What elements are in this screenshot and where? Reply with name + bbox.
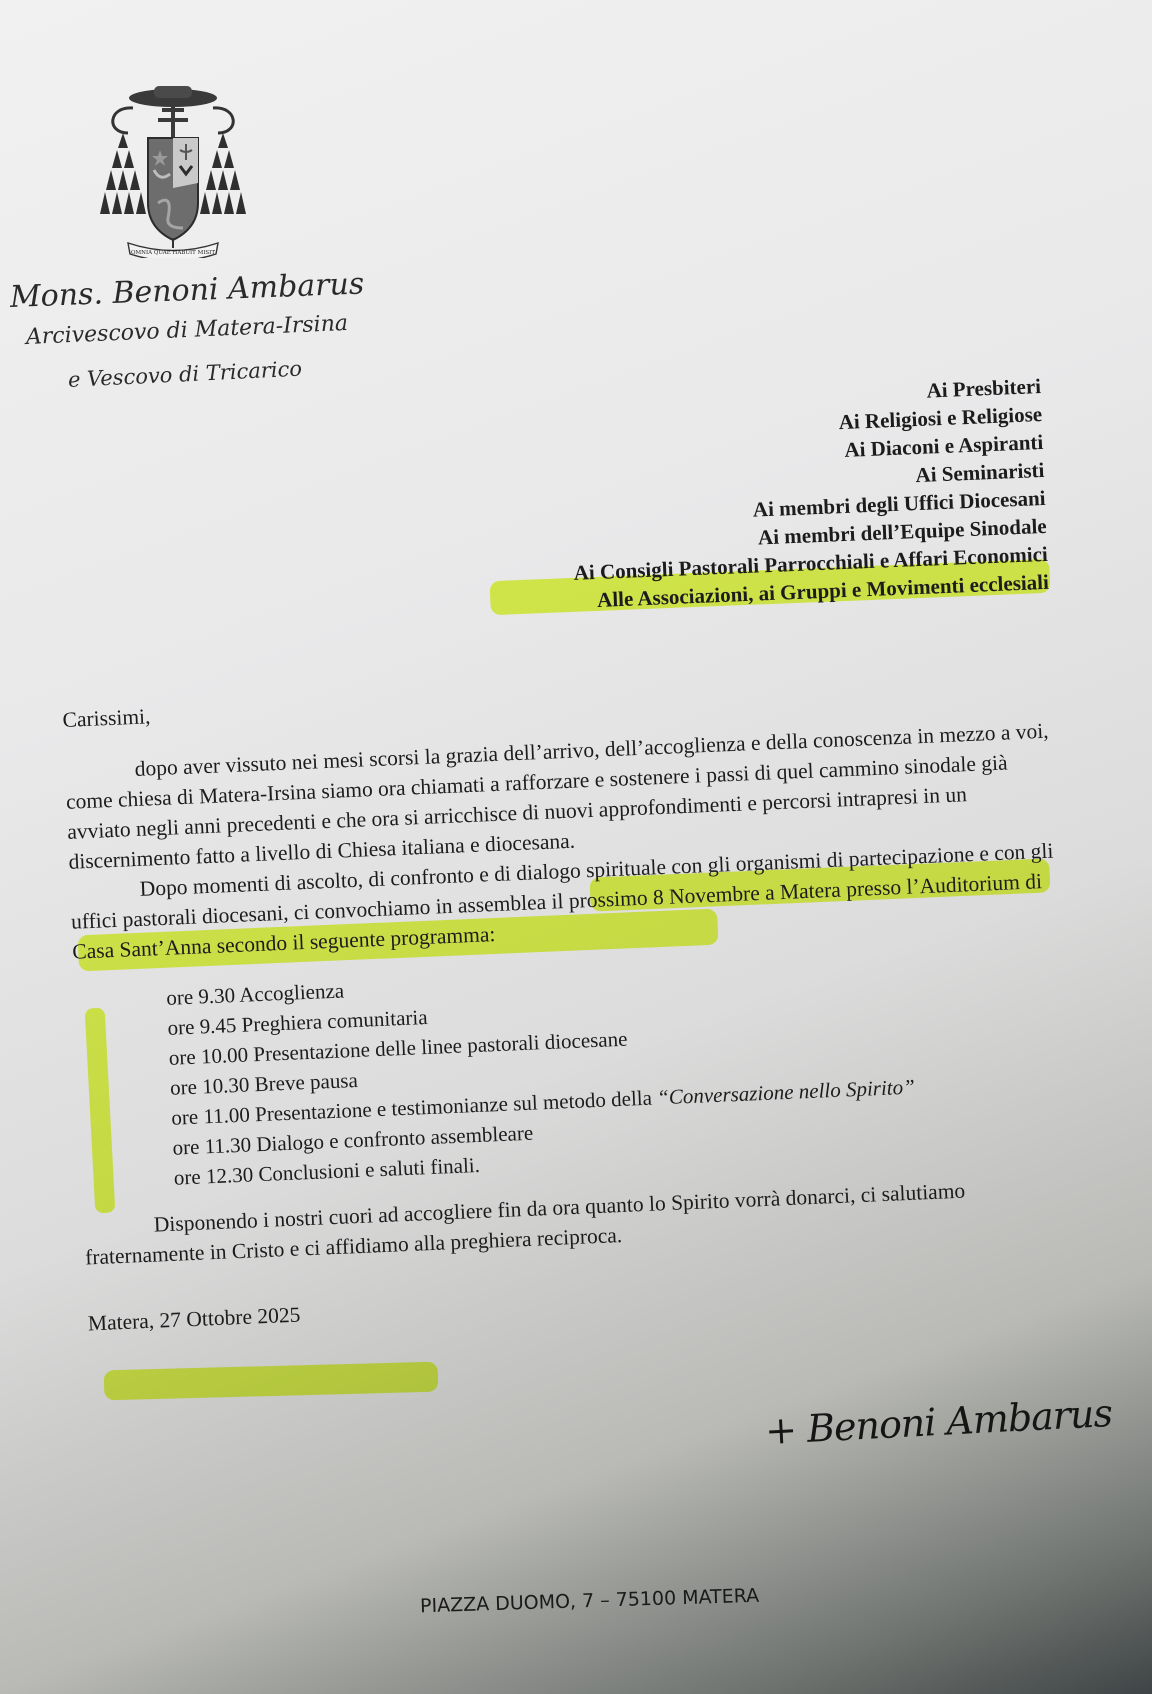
- letterhead-title-archbishop: Arcivescovo di Matera-Irsina: [25, 311, 348, 350]
- schedule-activity: Preghiera comunitaria: [241, 1005, 428, 1037]
- schedule-time: ore 11.30: [172, 1132, 257, 1159]
- letter-page: OMNIA QUAE HABUIT MISIT Mons. Benoni Amb…: [0, 0, 1152, 1694]
- place-date: Matera, 27 Ottobre 2025: [87, 1267, 1077, 1338]
- program-schedule: ore 9.30 Accoglienzaore 9.45 Preghiera c…: [166, 945, 1072, 1192]
- schedule-time: ore 10.30: [170, 1072, 256, 1100]
- convocation-text-end: secondo il seguente programma:: [216, 922, 496, 958]
- schedule-time: ore 10.00: [168, 1042, 254, 1070]
- schedule-time: ore 11.00: [171, 1102, 256, 1129]
- letterhead-title-bishop: e Vescovo di Tricarico: [67, 357, 302, 392]
- recipient-list: Ai Presbiteri Ai Religiosi e Religiose A…: [566, 372, 1049, 615]
- highlight-date-underline: [104, 1362, 439, 1401]
- coat-of-arms-icon: OMNIA QUAE HABUIT MISIT: [88, 78, 258, 258]
- schedule-time: ore 12.30: [173, 1162, 259, 1190]
- schedule-activity: Conclusioni e saluti finali.: [258, 1153, 480, 1186]
- schedule-activity: Breve pausa: [254, 1068, 358, 1096]
- schedule-time: ore 9.30: [166, 983, 240, 1010]
- crest-motto: OMNIA QUAE HABUIT MISIT: [131, 250, 215, 256]
- footer-address: PIAZZA DUOMO, 7 – 75100 MATERA: [420, 1585, 760, 1618]
- schedule-time: ore 9.45: [167, 1013, 242, 1040]
- schedule-activity: Accoglienza: [239, 978, 345, 1006]
- letter-body: Carissimi, dopo aver vissuto nei mesi sc…: [62, 664, 1078, 1339]
- signature: + Benoni Ambarus: [764, 1391, 1113, 1453]
- letterhead-name: Mons. Benoni Ambarus: [9, 266, 365, 315]
